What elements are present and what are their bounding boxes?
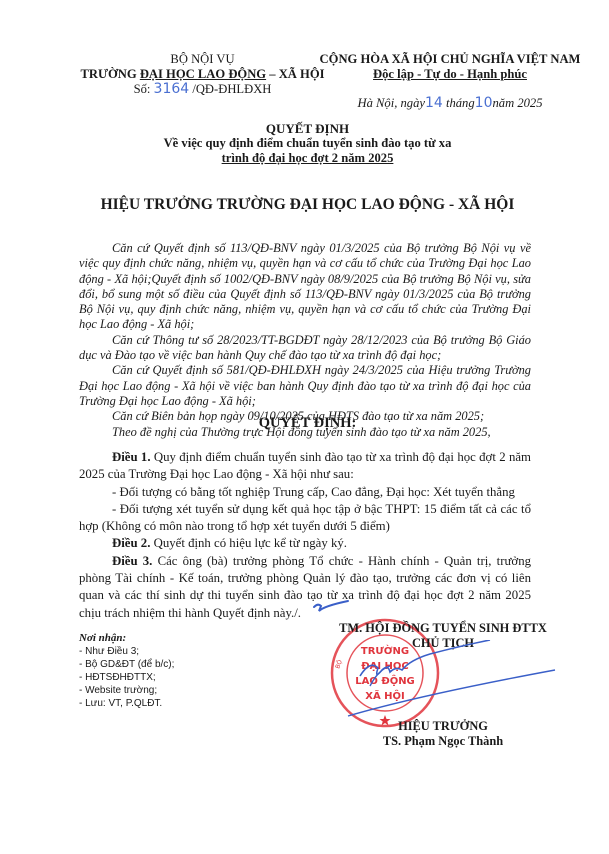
decision-heading: QUYẾT ĐỊNH:	[60, 415, 555, 432]
recipients-block: Nơi nhận: - Như Điều 3; - Bộ GD&ĐT (để b…	[79, 632, 279, 710]
recipient-item: - Lưu: VT, P.QLĐT.	[79, 697, 279, 710]
article-1: Điều 1. Quy định điểm chuẩn tuyển sinh đ…	[79, 449, 531, 484]
subject-line-2: trình độ đại học đợt 2 năm 2025	[120, 151, 495, 166]
signer-name: TS. Phạm Ngọc Thành	[318, 734, 568, 749]
university-name: TRƯỜNG ĐẠI HỌC LAO ĐỘNG – XÃ HỘI	[75, 67, 330, 82]
document-title-block: QUYẾT ĐỊNH Về việc quy định điểm chuẩn t…	[120, 121, 495, 166]
on-behalf-of: TM. HỘI ĐỒNG TUYỂN SINH ĐTTX	[318, 621, 568, 636]
document-number: Số: 3164 /QĐ-ĐHLĐXH	[75, 82, 330, 97]
article-2: Điều 2. Quyết định có hiệu lực kể từ ngà…	[79, 535, 531, 552]
recipient-item: - Như Điều 3;	[79, 645, 279, 658]
handwritten-signature-icon	[330, 640, 560, 720]
signer-block: HIỆU TRƯỞNG TS. Phạm Ngọc Thành	[318, 719, 568, 749]
recipients-heading: Nơi nhận:	[79, 632, 279, 645]
document-title: QUYẾT ĐỊNH	[120, 121, 495, 136]
national-motto: Độc lập - Tự do - Hạnh phúc	[300, 67, 600, 82]
handwritten-day: 14	[425, 95, 443, 111]
authority-heading: HIỆU TRƯỞNG TRƯỜNG ĐẠI HỌC LAO ĐỘNG - XÃ…	[60, 196, 555, 214]
initial-mark-icon	[312, 597, 350, 615]
recipient-item: - Bộ GD&ĐT (để b/c);	[79, 658, 279, 671]
signer-title: HIỆU TRƯỞNG	[318, 719, 568, 734]
handwritten-month: 10	[475, 95, 493, 111]
recipient-item: - HĐTSĐHĐTTX;	[79, 671, 279, 684]
handwritten-number: 3164	[154, 81, 190, 97]
issue-date: Hà Nội, ngày14 tháng10năm 2025	[300, 96, 600, 111]
articles: Điều 1. Quy định điểm chuẩn tuyển sinh đ…	[79, 449, 531, 622]
ministry-name: BỘ NỘI VỤ	[75, 52, 330, 67]
article-3: Điều 3. Các ông (bà) trưởng phòng Tổ chứ…	[79, 553, 531, 622]
country-name: CỘNG HÒA XÃ HỘI CHỦ NGHĨA VIỆT NAM	[300, 52, 600, 67]
legal-basis-item: Căn cứ Quyết định số 113/QĐ-BNV ngày 01/…	[79, 241, 531, 333]
legal-basis-item: Căn cứ Thông tư số 28/2023/TT-BGDĐT ngày…	[79, 333, 531, 364]
subject-line-1: Về việc quy định điểm chuẩn tuyển sinh đ…	[120, 136, 495, 151]
article-1-item: - Đối tượng có bằng tốt nghiệp Trung cấp…	[79, 484, 531, 501]
issuing-agency-block: BỘ NỘI VỤ TRƯỜNG ĐẠI HỌC LAO ĐỘNG – XÃ H…	[75, 52, 330, 97]
recipient-item: - Website trường;	[79, 684, 279, 697]
national-header-block: CỘNG HÒA XÃ HỘI CHỦ NGHĨA VIỆT NAM Độc l…	[300, 52, 600, 111]
legal-basis-item: Căn cứ Quyết định số 581/QĐ-ĐHLĐXH ngày …	[79, 363, 531, 409]
article-1-item: - Đối tượng xét tuyển sử dụng kết quả họ…	[79, 501, 531, 536]
legal-basis: Căn cứ Quyết định số 113/QĐ-BNV ngày 01/…	[79, 241, 531, 440]
